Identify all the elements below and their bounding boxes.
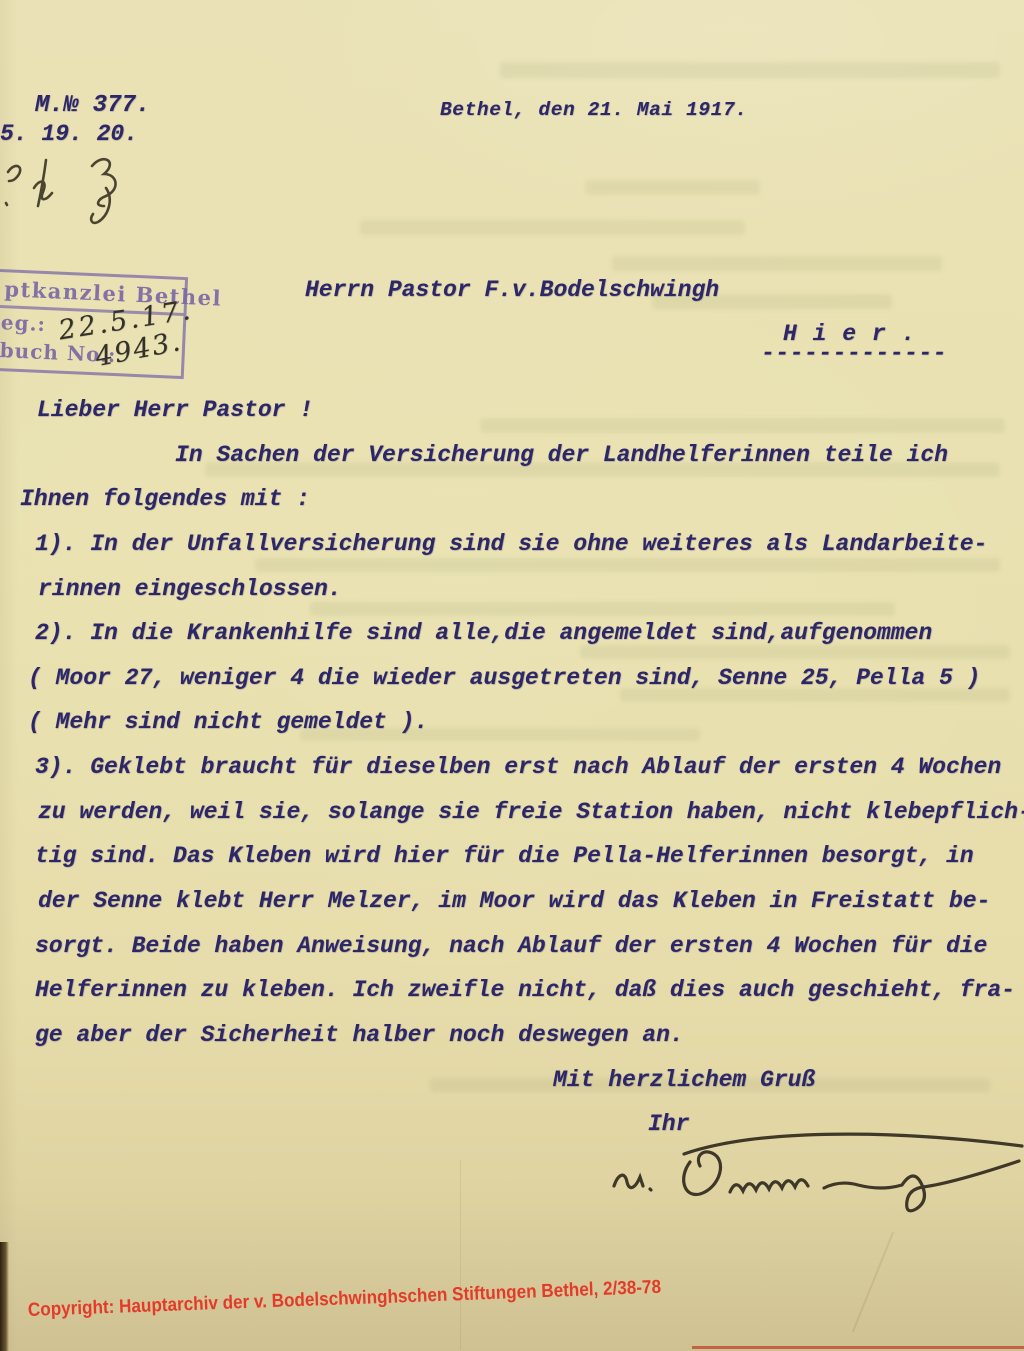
scan-edge-shadow xyxy=(0,1242,9,1351)
paper-crease xyxy=(460,1160,461,1350)
body-line: Helferinnen zu kleben. Ich zweifle nicht… xyxy=(20,968,1020,1013)
body-line: 1). In der Unfallversicherung sind sie o… xyxy=(20,522,1020,567)
body-line: Ihnen folgendes mit : xyxy=(20,477,1020,522)
file-note: 5. 19. 20. xyxy=(0,121,138,147)
bleed-through-line xyxy=(585,180,760,195)
body-line: 3). Geklebt braucht für dieselben erst n… xyxy=(20,745,1020,790)
body-line: rinnen eingeschlossen. xyxy=(20,567,1020,612)
salutation-line: Lieber Herr Pastor ! xyxy=(20,388,1020,433)
copyright-notice: Copyright: Hauptarchiv der v. Bodelschwi… xyxy=(28,1277,662,1322)
bleed-through-line xyxy=(500,62,1000,78)
body-line: 2). In die Krankenhilfe sind alle,die an… xyxy=(20,611,1020,656)
body-line: zu werden, weil sie, solange sie freie S… xyxy=(20,790,1020,835)
letter-body: Lieber Herr Pastor ! In Sachen der Versi… xyxy=(20,388,1020,1147)
body-line: ( Mehr sind nicht gemeldet ). xyxy=(20,700,1020,745)
handwritten-initials xyxy=(0,146,140,226)
recipient-underline: ------------- xyxy=(761,340,947,366)
signature-handwritten xyxy=(598,1112,1024,1232)
date-line: Bethel, den 21. Mai 1917. xyxy=(440,99,748,121)
body-line: In Sachen der Versicherung der Landhelfe… xyxy=(20,433,1020,478)
bleed-through-line xyxy=(360,220,745,235)
body-line: ge aber der Sicherheit halber noch deswe… xyxy=(20,1013,1020,1058)
paper-crease xyxy=(852,1232,894,1333)
body-line: sorgt. Beide haben Anweisung, nach Ablau… xyxy=(20,924,1020,969)
recipient-name: Herrn Pastor F.v.Bodelschwingh xyxy=(305,277,719,303)
scan-edge-line xyxy=(692,1346,1024,1349)
document-number: M.№ 377. xyxy=(35,92,150,119)
bleed-through-line xyxy=(612,256,942,271)
body-line: der Senne klebt Herr Melzer, im Moor wir… xyxy=(20,879,1020,924)
scanned-letter-page: M.№ 377. 5. 19. 20. Bethel, den 21. Mai … xyxy=(0,0,1024,1351)
body-line: tig sind. Das Kleben wird hier für die P… xyxy=(20,834,1020,879)
body-line: ( Moor 27, weniger 4 die wieder ausgetre… xyxy=(20,656,1020,701)
closing-line: Mit herzlichem Gruß xyxy=(20,1058,1020,1103)
